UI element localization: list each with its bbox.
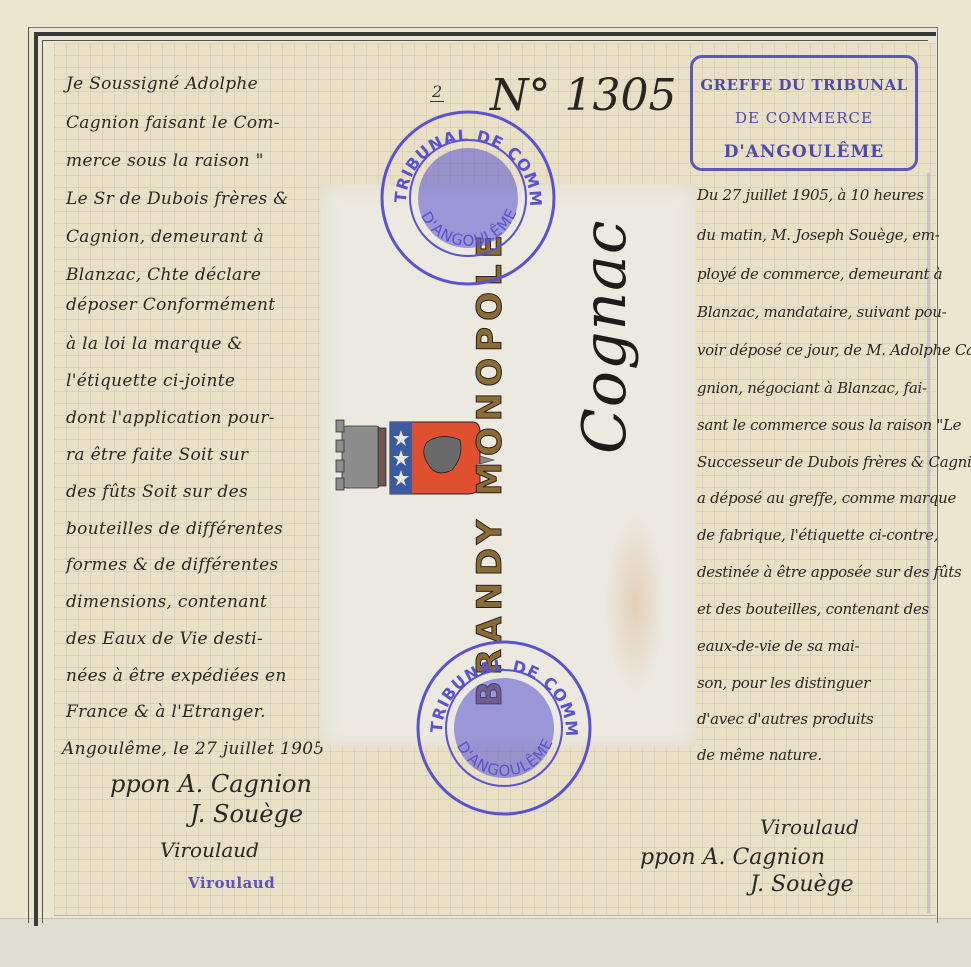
- declaration-line: dimensions, contenant: [66, 594, 267, 611]
- declaration-line: bouteilles de différentes: [66, 521, 283, 538]
- record-line: voir déposé ce jour, de M. Adolphe Ca-: [697, 343, 971, 358]
- declaration-line: ra être faite Soit sur: [66, 447, 248, 464]
- declaration-line: des Eaux de Vie desti-: [66, 631, 263, 648]
- greffe-stamp-line3: D'ANGOULÊME: [693, 142, 915, 162]
- record-line: de fabrique, l'étiquette ci-contre,: [697, 528, 938, 543]
- declaration-line: Cagnion, demeurant à: [66, 229, 264, 246]
- declaration-line: des fûts Soit sur des: [66, 484, 248, 501]
- record-line: gnion, négociant à Blanzac, fai-: [697, 381, 927, 396]
- signature-cagnion-right: ppon A. Cagnion: [640, 845, 825, 870]
- record-line: son, pour les distinguer: [697, 676, 870, 691]
- signature-souege-left: J. Souège: [190, 800, 303, 828]
- record-line: destinée à être apposée sur des fûts: [697, 565, 961, 580]
- record-line: du matin, M. Joseph Souège, em-: [697, 228, 940, 243]
- signature-viroulaud-right: Viroulaud: [760, 815, 859, 839]
- viroulaud-name-stamp: Viroulaud: [188, 874, 275, 892]
- court-seal-bottom: TRIBUNAL DE COMMERCE D'ANGOULÊME: [414, 638, 594, 818]
- declaration-line: formes & de différentes: [66, 557, 278, 574]
- record-line: Du 27 juillet 1905, à 10 heures: [697, 188, 924, 203]
- greffe-stamp-line1: GREFFE DU TRIBUNAL: [693, 76, 915, 94]
- product-name: Cognac: [570, 220, 640, 454]
- record-line: sant le commerce sous la raison "Le: [697, 418, 961, 433]
- declaration-date: Angoulême, le 27 juillet 1905: [62, 741, 325, 758]
- greffe-stamp-line2: DE COMMERCE: [693, 109, 915, 127]
- declaration-line: France & à l'Etranger.: [66, 704, 266, 721]
- declaration-line: Je Soussigné Adolphe: [66, 76, 258, 93]
- record-line: et des bouteilles, contenant des: [697, 602, 929, 617]
- record-line: eaux-de-vie de sa mai-: [697, 639, 859, 654]
- declaration-line: Cagnion faisant le Com-: [66, 115, 280, 132]
- record-line: ployé de commerce, demeurant à: [697, 267, 942, 282]
- record-line: a déposé au greffe, comme marque: [697, 491, 956, 506]
- declaration-line: dont l'application pour-: [66, 410, 275, 427]
- record-line: Successeur de Dubois frères & Cagnion": [697, 455, 971, 470]
- brand-name: BRANDY MONOPOLE: [470, 229, 510, 707]
- signature-viroulaud-left: Viroulaud: [160, 838, 259, 862]
- declaration-line: déposer Conformément: [66, 297, 275, 314]
- signature-cagnion-left: ppon A. Cagnion: [110, 770, 312, 798]
- declaration-line: merce sous la raison ": [66, 153, 264, 170]
- signature-souege-right: J. Souège: [750, 872, 854, 897]
- record-line: de même nature.: [697, 748, 822, 763]
- court-seal-top: TRIBUNAL DE COMMERCE D'ANGOULÊME: [378, 108, 558, 288]
- folio-number: 2: [430, 82, 444, 102]
- declaration-line: Le Sr de Dubois frères &: [66, 191, 289, 208]
- declaration-line: l'étiquette ci-jointe: [66, 373, 235, 390]
- record-line: Blanzac, mandataire, suivant pou-: [697, 305, 946, 320]
- label-stain: [605, 514, 665, 694]
- declaration-line: Blanzac, Chte déclare: [66, 267, 261, 284]
- record-line: d'avec d'autres produits: [697, 712, 873, 727]
- greffe-stamp: GREFFE DU TRIBUNAL DE COMMERCE D'ANGOULÊ…: [690, 55, 918, 171]
- declaration-line: à la loi la marque &: [66, 336, 243, 353]
- declaration-line: nées à être expédiées en: [66, 668, 287, 685]
